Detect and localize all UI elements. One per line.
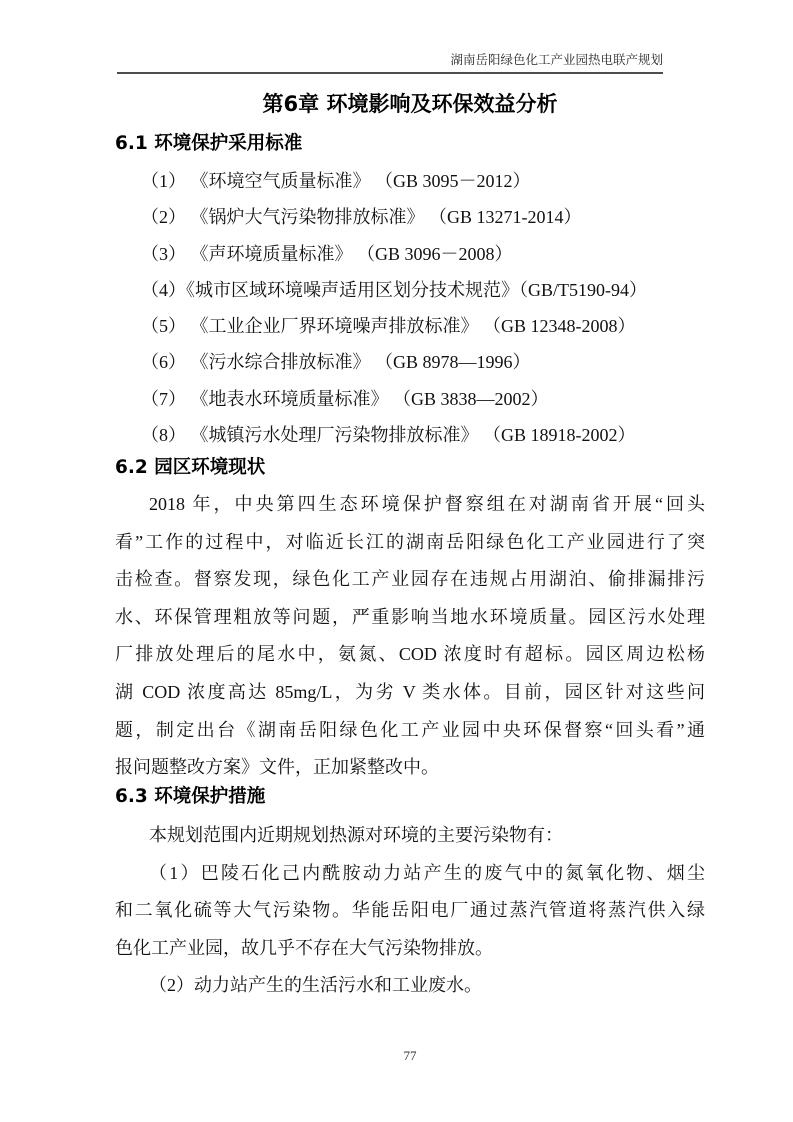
paragraph-line: 报问题整改方案》文件，正加紧整改中。 (115, 749, 705, 787)
standards-list: （1） 《环境空气质量标准》 （GB 3095－2012） （2） 《锅炉大气污… (115, 163, 705, 453)
standard-item: （5） 《工业企业厂界环境噪声排放标准》 （GB 12348-2008） (115, 308, 705, 344)
standard-item: （4）《城市区域环境噪声适用区划分技术规范》（GB/T5190-94） (115, 272, 705, 308)
paragraph-line: 色化工产业园，故几乎不存在大气污染物排放。 (115, 930, 705, 968)
standard-item: （3） 《声环境质量标准》 （GB 3096－2008） (115, 236, 705, 272)
section-heading-6-2: 6.2 园区环境现状 (115, 455, 265, 481)
paragraph-line: 2018 年，中央第四生态环境保护督察组在对湖南省开展“回头 (115, 486, 705, 524)
page-number: 77 (115, 1048, 705, 1064)
standard-item: （2） 《锅炉大气污染物排放标准》 （GB 13271-2014） (115, 199, 705, 235)
paragraph-line: 题，制定出台《湖南岳阳绿色化工产业园中央环保督察“回头看”通 (115, 712, 705, 750)
paragraph-line: 看”工作的过程中，对临近长江的湖南岳阳绿色化工产业园进行了突 (115, 524, 705, 562)
standard-item: （8） 《城镇污水处理厂污染物排放标准》 （GB 18918-2002） (115, 417, 705, 453)
paragraph-line: 水、环保管理粗放等问题，严重影响当地水环境质量。园区污水处理 (115, 599, 705, 637)
section-heading-6-1: 6.1 环境保护采用标准 (115, 131, 302, 157)
paragraph-line: 厂排放处理后的尾水中，氨氮、COD 浓度时有超标。园区周边松杨 (115, 636, 705, 674)
paragraph-line: （2）动力站产生的生活污水和工业废水。 (115, 967, 705, 1005)
paragraph-line: （1）巴陵石化己内酰胺动力站产生的废气中的氮氧化物、烟尘 (115, 855, 705, 893)
header-doc-title: 湖南岳阳绿色化工产业园热电联产规划 (450, 53, 663, 67)
standard-item: （7） 《地表水环境质量标准》 （GB 3838—2002） (115, 381, 705, 417)
document-page: 湖南岳阳绿色化工产业园热电联产规划 第6章 环境影响及环保效益分析 6.1 环境… (0, 0, 793, 1122)
section-6-3-paragraph: 本规划范围内近期规划热源对环境的主要污染物有： （1）巴陵石化己内酰胺动力站产生… (115, 817, 705, 1005)
standard-item: （1） 《环境空气质量标准》 （GB 3095－2012） (115, 163, 705, 199)
section-6-2-paragraph: 2018 年，中央第四生态环境保护督察组在对湖南省开展“回头 看”工作的过程中，… (115, 486, 705, 787)
paragraph-line: 击检查。督察发现，绿色化工产业园存在违规占用湖泊、偷排漏排污 (115, 561, 705, 599)
page-header: 湖南岳阳绿色化工产业园热电联产规划 (117, 52, 663, 74)
paragraph-line: 湖 COD 浓度高达 85mg/L，为劣 V 类水体。目前，园区针对这些问 (115, 674, 705, 712)
standard-item: （6） 《污水综合排放标准》 （GB 8978—1996） (115, 344, 705, 380)
paragraph-line: 本规划范围内近期规划热源对环境的主要污染物有： (115, 817, 705, 855)
section-heading-6-3: 6.3 环境保护措施 (115, 784, 265, 810)
paragraph-line: 和二氧化硫等大气污染物。华能岳阳电厂通过蒸汽管道将蒸汽供入绿 (115, 892, 705, 930)
chapter-title: 第6章 环境影响及环保效益分析 (115, 90, 705, 118)
